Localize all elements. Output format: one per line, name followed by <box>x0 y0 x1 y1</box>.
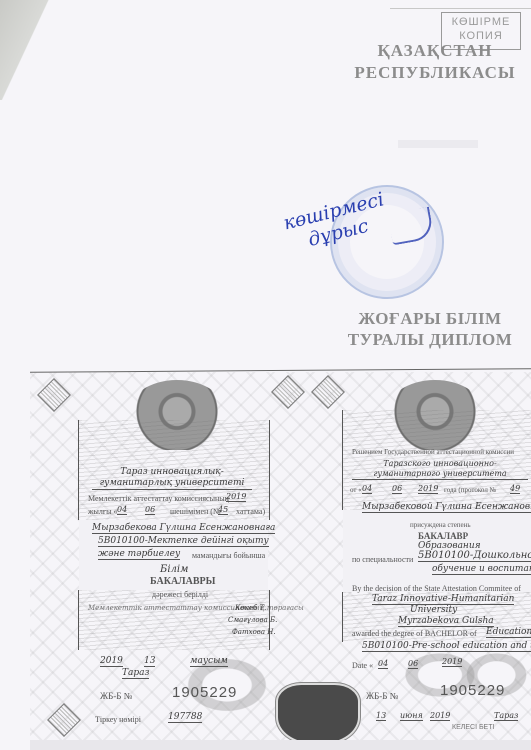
right-issue-city: Тараз <box>494 711 518 721</box>
left-date-month: 06 <box>145 505 155 515</box>
left-date-day: 04 <box>117 505 127 515</box>
left-commission-year: 2019 <box>226 492 246 502</box>
right-date-month: 06 <box>392 484 402 494</box>
faint-text-block <box>398 140 478 148</box>
right-protocol-label: года (протокол № <box>444 486 496 494</box>
right-issue-day: 13 <box>376 711 386 721</box>
left-specialty-suffix: мамандығы бойынша <box>192 551 265 560</box>
right-footer-text: КЕЛЕСІ БЕТІ <box>452 724 494 731</box>
left-issue-year: 2019 <box>100 656 123 667</box>
right-specialty-cont: обучение и воспитание <box>432 564 531 575</box>
diploma-cover-title: ЖОҒАРЫ БІЛІМ ТУРАЛЫ ДИПЛОМ <box>330 308 530 350</box>
left-commission-text: Мемлекеттік аттестаттау комиссиясының <box>88 494 229 503</box>
left-university: Тараз инновациялық-гуманитарлық универси… <box>92 467 252 490</box>
right-en-university-1: Taraz Innovative-Humanitarian <box>372 594 514 605</box>
right-en-field: Education <box>486 627 531 638</box>
cover-title-line-2: ТУРАЛЫ ДИПЛОМ <box>330 329 530 350</box>
left-date-prefix: жылғы « <box>88 507 118 516</box>
right-date-day: 04 <box>362 484 372 494</box>
left-issue-day: 13 <box>144 656 155 667</box>
right-specialty-code: 5B010100-Дошкольное <box>418 550 531 562</box>
left-series-label: ЖБ-Б № <box>100 691 132 701</box>
right-en-awarded: awarded the degree of BACHELOR of <box>352 629 477 638</box>
scanned-page: КӨШІРМЕ КОПИЯ ҚАЗАҚСТАН РЕСПУБЛИКАСЫ көш… <box>0 0 531 750</box>
security-hologram-icon <box>276 683 360 745</box>
left-signatory-2: Смағұлова Б. <box>228 616 277 624</box>
right-en-date-year: 2019 <box>442 657 462 667</box>
left-graduate-name: Мырзабекова Гүлшна Есенжановнаға <box>92 523 275 534</box>
left-protocol-suffix: хаттама) <box>236 507 265 516</box>
right-degree: БАКАЛАВР <box>418 531 468 541</box>
right-issue-month: июня <box>400 711 423 721</box>
left-protocol-no: 45 <box>218 505 228 515</box>
left-signatory-1: Көкеб Т. <box>235 604 266 612</box>
right-en-date-label: Date « <box>352 661 373 670</box>
left-issue-month: маусым <box>190 656 228 667</box>
right-en-date-day: 04 <box>378 659 388 669</box>
left-specialty-cont: және тәрбиелеу <box>98 549 180 560</box>
left-field: Білім <box>160 564 188 575</box>
top-border-line <box>390 8 531 9</box>
left-decision-text: шешімімен (№ <box>170 507 221 516</box>
bottom-edge <box>30 740 531 750</box>
right-issue-year: 2019 <box>430 711 450 721</box>
left-degree-suffix: дәрежесі берілді <box>152 590 208 599</box>
right-university: Таразского инновационно-гуманитарного ун… <box>352 459 528 480</box>
right-en-university-2: University <box>410 605 457 615</box>
page-fold-shadow <box>0 0 60 100</box>
right-series-label: ЖБ-Б № <box>366 691 398 701</box>
copy-stamp-kz: КӨШІРМЕ <box>442 15 520 29</box>
right-date-year: 2019 <box>418 484 438 494</box>
right-specialty-label: по специальности <box>352 555 413 564</box>
country-line-1: ҚАЗАҚСТАН <box>345 40 525 62</box>
left-registration-number: 197788 <box>168 712 202 723</box>
left-degree: БАКАЛАВРЫ <box>150 576 215 587</box>
left-serial-number: 1905229 <box>172 684 237 701</box>
left-registration-label: Тіркеу нөмірі <box>95 715 141 724</box>
right-en-graduate: Myrzabekova Gulsha <box>398 616 494 627</box>
right-en-decision: By the decision of the State Attestation… <box>352 584 521 593</box>
right-protocol-no: 49 <box>510 484 520 494</box>
country-title: ҚАЗАҚСТАН РЕСПУБЛИКАСЫ <box>345 40 525 84</box>
right-en-date-month: 06 <box>408 659 418 669</box>
left-specialty-code: 5B010100-Мектепке дейінгі оқыту <box>98 536 269 547</box>
right-awarded-text: присуждена степень <box>410 521 471 529</box>
right-graduate-name: Мырзабековой Гүлшна Есенжановне <box>362 502 531 513</box>
right-commission-text: Решением Государственной аттестационной … <box>352 448 514 456</box>
left-issue-city: Тараз <box>122 668 149 679</box>
right-serial-number: 1905229 <box>440 682 505 699</box>
cover-title-line-1: ЖОҒАРЫ БІЛІМ <box>330 308 530 329</box>
left-commission-chair: Мемлекеттік аттестаттау комиссиясының тө… <box>88 604 304 612</box>
country-line-2: РЕСПУБЛИКАСЫ <box>345 62 525 84</box>
left-signatory-3: Фатхова Н. <box>232 628 276 636</box>
right-date-from: от « <box>350 486 362 494</box>
